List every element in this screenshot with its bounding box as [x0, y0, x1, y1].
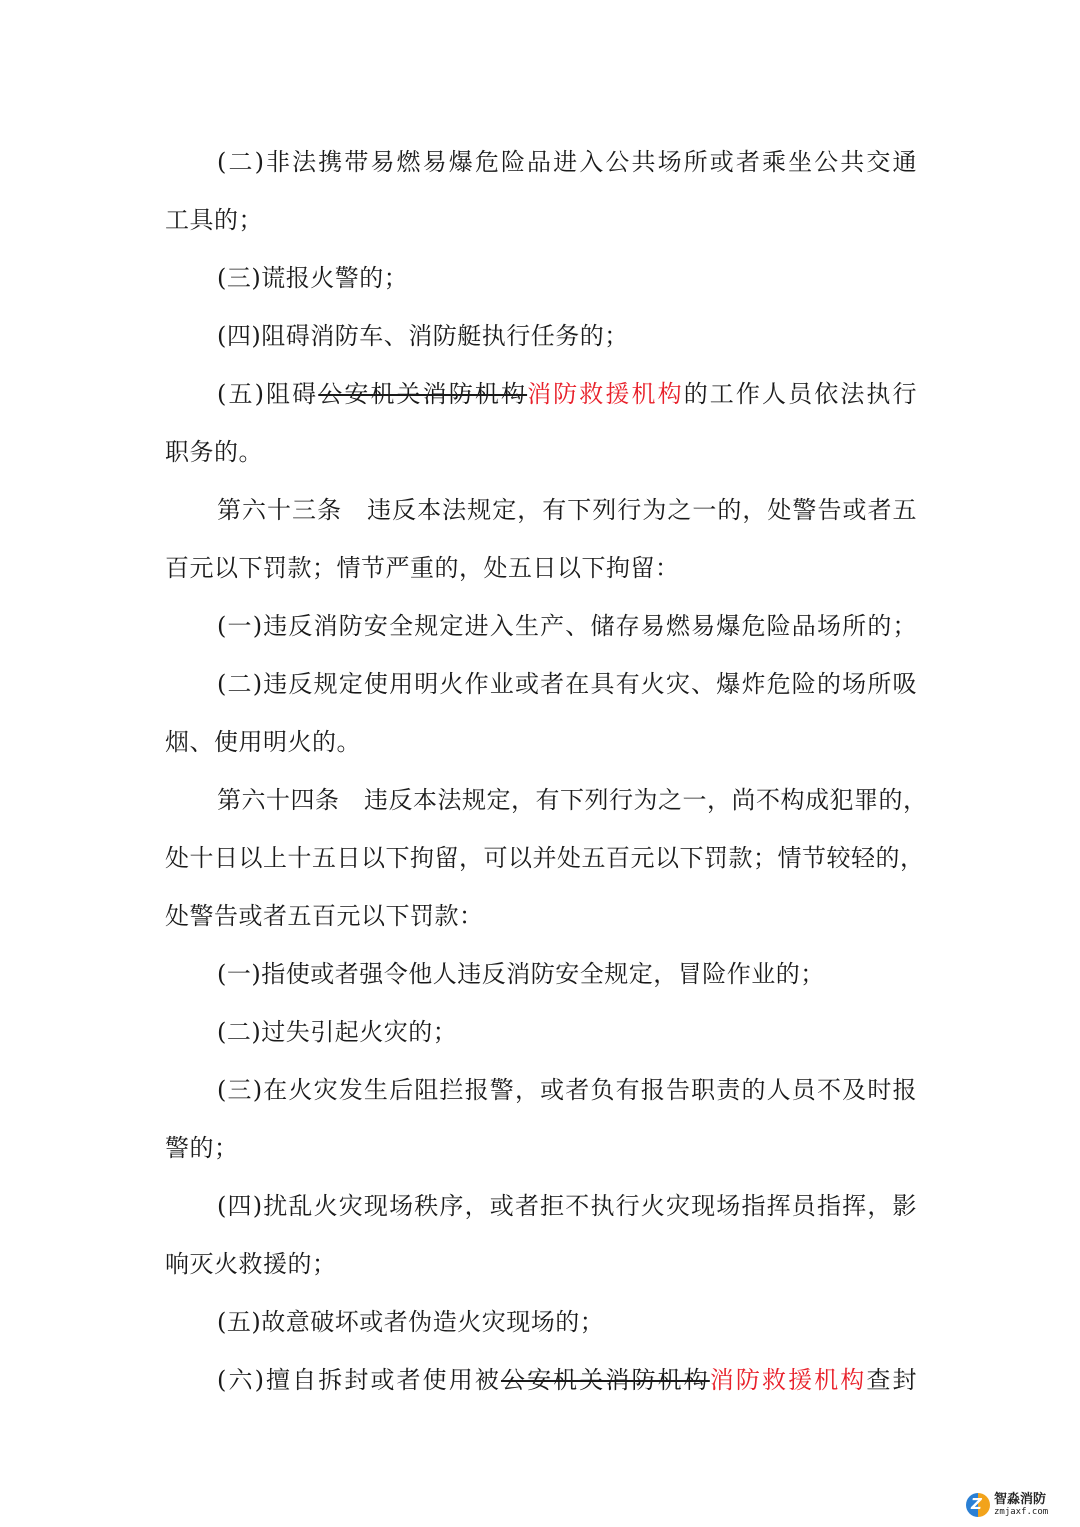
text-line: (二)非法携带易燃易爆危险品进入公共场所或者乘坐公共交通 — [165, 133, 917, 191]
text-line: 响灭火救援的； — [165, 1235, 917, 1293]
text-line: 职务的。 — [165, 423, 917, 481]
text-line: 烟、使用明火的。 — [165, 713, 917, 771]
text-line: (三)在火灾发生后阻拦报警，或者负有报告职责的人员不及时报 — [165, 1061, 917, 1119]
text-line: 处警告或者五百元以下罚款： — [165, 887, 917, 945]
text-line-amended: (五)阻碍公安机关消防机构消防救援机构的工作人员依法执行 — [165, 365, 917, 423]
logo-icon — [966, 1493, 990, 1517]
text-line: (二)过失引起火灾的； — [165, 1003, 917, 1061]
text-line: (四)阻碍消防车、消防艇执行任务的； — [165, 307, 917, 365]
text-line: (一)违反消防安全规定进入生产、储存易燃易爆危险品场所的； — [165, 597, 917, 655]
text-line: 百元以下罚款；情节严重的，处五日以下拘留： — [165, 539, 917, 597]
deleted-text: 公安机关消防机构 — [501, 1366, 710, 1394]
watermark-logo: 智淼消防 zmjaxf.com — [966, 1488, 1076, 1522]
text-segment: 查封 — [866, 1366, 917, 1394]
article-63-heading: 第六十三条 违反本法规定，有下列行为之一的，处警告或者五 — [165, 481, 917, 539]
text-line: 处十日以上十五日以下拘留，可以并处五百元以下罚款；情节较轻的， — [165, 829, 917, 887]
text-line-amended: (六)擅自拆封或者使用被公安机关消防机构消防救援机构查封 — [165, 1351, 917, 1409]
text-line: (四)扰乱火灾现场秩序，或者拒不执行火灾现场指挥员指挥，影 — [165, 1177, 917, 1235]
text-segment: (五)阻碍 — [217, 380, 318, 408]
text-line: (二)违反规定使用明火作业或者在具有火灾、爆炸危险的场所吸 — [165, 655, 917, 713]
logo-url: zmjaxf.com — [994, 1508, 1048, 1517]
text-line: 警的； — [165, 1119, 917, 1177]
inserted-text: 消防救援机构 — [710, 1366, 867, 1394]
text-line: 工具的； — [165, 191, 917, 249]
deleted-text: 公安机关消防机构 — [318, 380, 527, 408]
logo-name: 智淼消防 — [994, 1493, 1048, 1506]
text-line: (一)指使或者强令他人违反消防安全规定，冒险作业的； — [165, 945, 917, 1003]
text-line: (三)谎报火警的； — [165, 249, 917, 307]
article-64-heading: 第六十四条 违反本法规定，有下列行为之一，尚不构成犯罪的， — [165, 771, 917, 829]
text-line: (五)故意破坏或者伪造火灾现场的； — [165, 1293, 917, 1351]
document-page: (二)非法携带易燃易爆危险品进入公共场所或者乘坐公共交通 工具的； (三)谎报火… — [165, 133, 917, 1409]
inserted-text: 消防救援机构 — [527, 380, 684, 408]
text-segment: (六)擅自拆封或者使用被 — [217, 1366, 501, 1394]
text-segment: 的工作人员依法执行 — [684, 380, 917, 408]
